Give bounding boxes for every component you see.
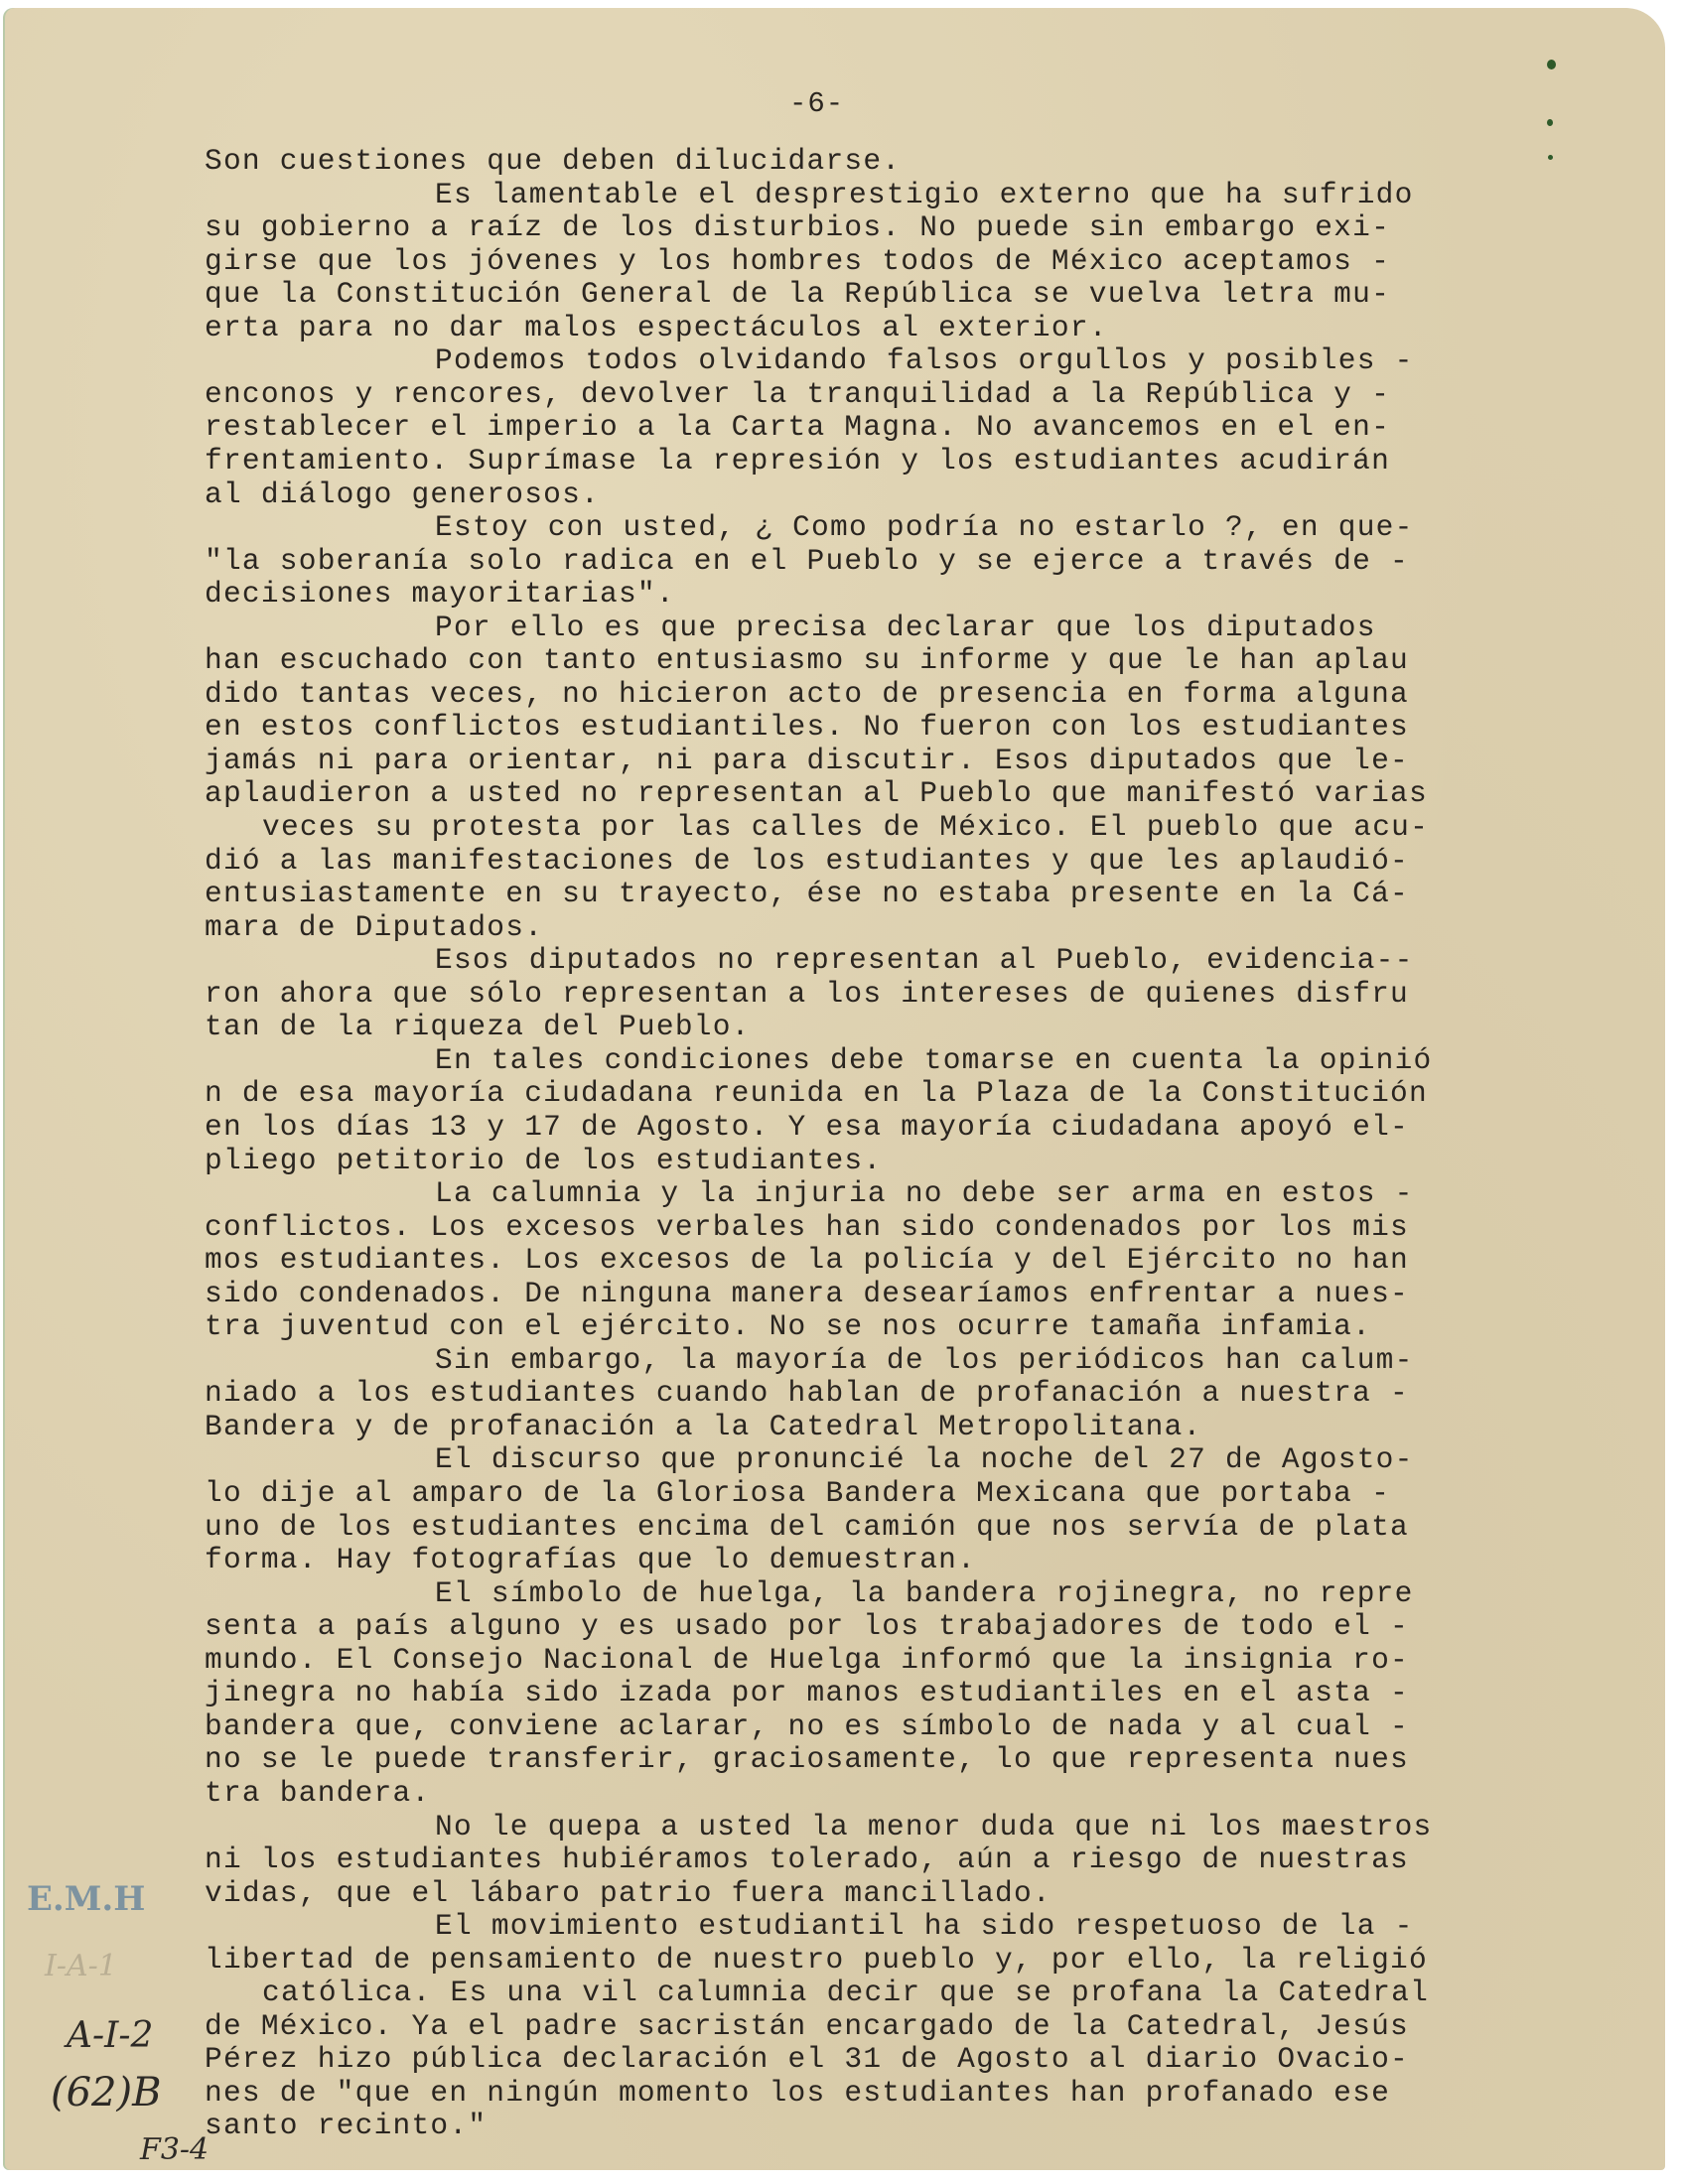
typed-line: frentamiento. Suprímase la represión y l… xyxy=(205,445,1390,478)
typed-line: senta a país alguno y es usado por los t… xyxy=(205,1610,1409,1643)
document-page: -6- Son cuestiones que deben dilucidarse… xyxy=(5,8,1665,2170)
typed-line: pliego petitorio de los estudiantes. xyxy=(205,1145,882,1177)
typed-line: El movimiento estudiantil ha sido respet… xyxy=(435,1910,1414,1943)
typed-line: Esos diputados no representan al Pueblo,… xyxy=(435,944,1414,977)
typed-line: Estoy con usted, ¿ Como podría no estarl… xyxy=(435,511,1414,544)
typed-line: ni los estudiantes hubiéramos tolerado, … xyxy=(205,1843,1409,1876)
ink-speck xyxy=(1548,155,1553,160)
typed-line: erta para no dar malos espectáculos al e… xyxy=(205,312,1108,344)
typed-line: enconos y rencores, devolver la tranquil… xyxy=(205,378,1390,411)
typed-line: de México. Ya el padre sacristán encarga… xyxy=(205,2010,1409,2043)
typed-line: mara de Diputados. xyxy=(205,911,543,944)
typed-line: católica. Es una vil calumnia decir que … xyxy=(262,1977,1429,2009)
typed-line: su gobierno a raíz de los disturbios. No… xyxy=(205,211,1390,244)
typed-line: ron ahora que sólo representan a los int… xyxy=(205,978,1409,1011)
typed-line: decisiones mayoritarias". xyxy=(205,578,675,611)
typed-line: vidas, que el lábaro patrio fuera mancil… xyxy=(205,1877,1051,1910)
typed-line: Por ello es que precisa declarar que los… xyxy=(435,612,1376,644)
typed-line: niado a los estudiantes cuando hablan de… xyxy=(205,1377,1409,1410)
page-number: -6- xyxy=(789,87,844,120)
typed-line: no se le puede transferir, graciosamente… xyxy=(205,1743,1409,1776)
typed-line: Es lamentable el desprestigio externo qu… xyxy=(435,179,1414,211)
typed-line: entusiastamente en su trayecto, ése no e… xyxy=(205,878,1409,910)
typed-line: No le quepa a usted la menor duda que ni… xyxy=(435,1811,1433,1843)
typed-line: n de esa mayoría ciudadana reunida en la… xyxy=(205,1077,1428,1110)
typed-line: bandera que, conviene aclarar, no es sím… xyxy=(205,1710,1409,1743)
typed-line: jamás ni para orientar, ni para discutir… xyxy=(205,745,1409,777)
typed-line: en los días 13 y 17 de Agosto. Y esa may… xyxy=(205,1111,1409,1144)
typed-line: aplaudieron a usted no representan al Pu… xyxy=(205,777,1428,810)
typed-line: La calumnia y la injuria no debe ser arm… xyxy=(435,1177,1414,1210)
typed-line: En tales condiciones debe tomarse en cue… xyxy=(435,1044,1433,1077)
typed-line: mos estudiantes. Los excesos de la polic… xyxy=(205,1244,1409,1277)
typed-line: Son cuestiones que deben dilucidarse. xyxy=(205,145,901,178)
typed-line: dió a las manifestaciones de los estudia… xyxy=(205,845,1409,878)
typed-line: "la soberanía solo radica en el Pueblo y… xyxy=(205,545,1409,578)
typed-line: mundo. El Consejo Nacional de Huelga inf… xyxy=(205,1644,1409,1677)
typed-line: Sin embargo, la mayoría de los periódico… xyxy=(435,1344,1414,1377)
ink-speck xyxy=(1547,60,1556,69)
typed-line: El símbolo de huelga, la bandera rojineg… xyxy=(435,1577,1414,1610)
typed-line: jinegra no había sido izada por manos es… xyxy=(205,1677,1409,1709)
typed-line: El discurso que pronuncié la noche del 2… xyxy=(435,1443,1414,1476)
typed-line: veces su protesta por las calles de Méxi… xyxy=(262,811,1429,844)
typed-line: Podemos todos olvidando falsos orgullos … xyxy=(435,344,1414,377)
archive-code-c: F3-4 xyxy=(140,2132,209,2167)
typed-line: girse que los jóvenes y los hombres todo… xyxy=(205,245,1390,278)
typed-line: nes de "que en ningún momento los estudi… xyxy=(205,2077,1390,2110)
typed-line: en estos conflictos estudiantiles. No fu… xyxy=(205,711,1409,744)
typed-line: lo dije al amparo de la Gloriosa Bandera… xyxy=(205,1477,1390,1510)
typed-line: Bandera y de profanación a la Catedral M… xyxy=(205,1411,1202,1443)
typed-line: forma. Hay fotografías que lo demuestran… xyxy=(205,1544,976,1576)
typed-line: uno de los estudiantes encima del camión… xyxy=(205,1511,1409,1544)
typed-line: santo recinto." xyxy=(205,2110,487,2142)
ink-speck xyxy=(1547,119,1553,126)
typed-line: han escuchado con tanto entusiasmo su in… xyxy=(205,644,1409,677)
typed-line: dido tantas veces, no hicieron acto de p… xyxy=(205,678,1409,711)
typed-line: tra bandera. xyxy=(205,1777,430,1810)
typed-line: conflictos. Los excesos verbales han sid… xyxy=(205,1211,1409,1244)
typed-line: libertad de pensamiento de nuestro puebl… xyxy=(205,1944,1428,1977)
typed-line: restablecer el imperio a la Carta Magna.… xyxy=(205,411,1390,444)
typed-line: Pérez hizo pública declaración el 31 de … xyxy=(205,2043,1409,2076)
typed-line: que la Constitución General de la Repúbl… xyxy=(205,278,1390,311)
typed-line: sido condenados. De ninguna manera desea… xyxy=(205,1278,1409,1310)
archive-stamp: E.M.H xyxy=(27,1879,145,1919)
typed-line: al diálogo generosos. xyxy=(205,478,600,511)
typed-line: tra juventud con el ejército. No se nos … xyxy=(205,1310,1371,1343)
archive-code-a: A-I-2 xyxy=(67,2015,153,2056)
archive-code-b: (62)B xyxy=(51,2070,162,2116)
faint-archive-code: I-A-1 xyxy=(45,1949,117,1983)
typed-line: tan de la riqueza del Pueblo. xyxy=(205,1011,751,1043)
